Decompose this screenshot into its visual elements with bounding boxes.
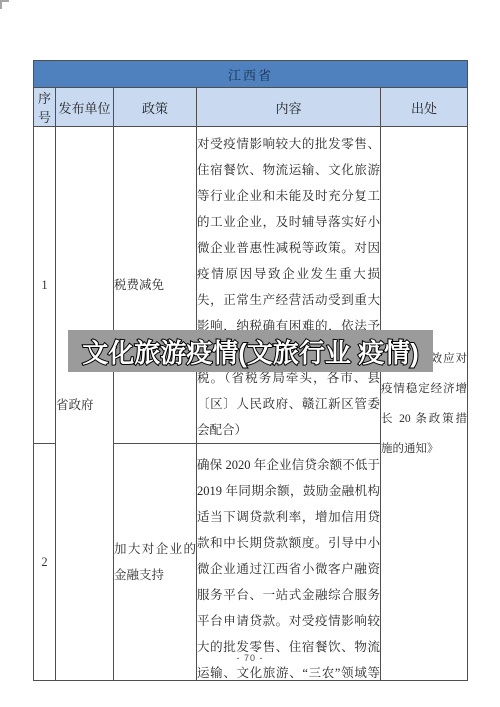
row2-policy: 加大对企业的金融支持 — [114, 444, 197, 681]
col-header-policy: 政策 — [114, 88, 197, 127]
watermark-overlay: 文化旅游疫情(文旅行业 疫情) — [68, 330, 433, 372]
row1-content: 对受疫情影响较大的批发零售、住宿餐饮、物流运输、文化旅游等行业企业和未能及时充分… — [197, 127, 381, 444]
page-number: - 70 - — [0, 653, 500, 663]
row1-policy: 税费减免 — [114, 127, 197, 444]
row2-content: 确保 2020 年企业信贷余额不低于 2019 年同期余额，鼓励金融机构适当下调… — [197, 444, 381, 681]
scan-corner-mark — [0, 0, 9, 9]
col-header-content: 内容 — [197, 88, 381, 127]
source-cell: 《关于有效应对疫情稳定经济增长 20 条政策措施的通知》 — [381, 127, 468, 681]
table-column-header-row: 序号 发布单位 政策 内容 出处 — [34, 88, 468, 127]
table-region-header-row: 江西省 — [34, 61, 468, 88]
publisher-cell: 省政府 — [56, 127, 114, 681]
row1-index: 1 — [34, 127, 56, 444]
table-row: 1 省政府 税费减免 对受疫情影响较大的批发零售、住宿餐饮、物流运输、文化旅游等… — [34, 127, 468, 444]
document-page: 江西省 序号 发布单位 政策 内容 出处 1 省政府 税费减免 对受疫情影响较大… — [0, 0, 500, 707]
col-header-source: 出处 — [381, 88, 468, 127]
region-header: 江西省 — [34, 61, 468, 88]
col-header-publisher: 发布单位 — [56, 88, 114, 127]
row2-index: 2 — [34, 444, 56, 681]
row2-content-text: 确保 2020 年企业信贷余额不低于 2019 年同期余额，鼓励金融机构适当下调… — [197, 452, 380, 680]
col-header-index: 序号 — [34, 88, 56, 127]
